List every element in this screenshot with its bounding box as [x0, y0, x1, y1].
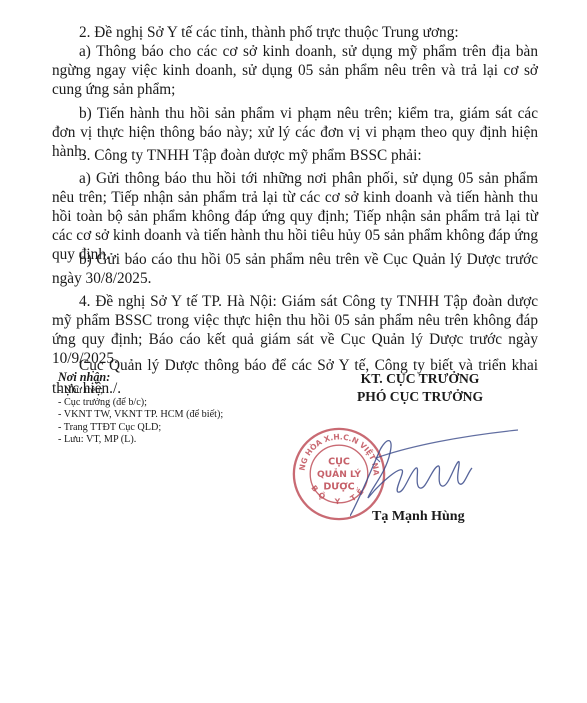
recipient-item: - Như trên; [58, 385, 223, 397]
handwritten-signature-icon [350, 428, 520, 518]
stamp-center-line1: CỤC [328, 456, 350, 467]
document-page: 2. Đề nghị Sở Y tế các tỉnh, thành phố t… [0, 0, 587, 703]
recipient-item: - Cục trưởng (để b/c); [58, 397, 223, 409]
signature-title-line1: KT. CỤC TRƯỞNG [330, 370, 510, 388]
signature-title-block: KT. CỤC TRƯỞNG PHÓ CỤC TRƯỞNG [330, 370, 510, 406]
paragraph-item-2: 2. Đề nghị Sở Y tế các tỉnh, thành phố t… [52, 23, 538, 42]
recipient-item: - Trang TTĐT Cục QLD; [58, 422, 223, 434]
recipient-item: - Lưu: VT, MP (L). [58, 434, 223, 446]
paragraph-item-3b: b) Gửi báo cáo thu hồi 05 sản phẩm nêu t… [52, 250, 538, 288]
signature-title-line2: PHÓ CỤC TRƯỞNG [330, 388, 510, 406]
recipients-title: Nơi nhận: [58, 371, 223, 384]
recipients-block: Nơi nhận: - Như trên; - Cục trưởng (để b… [58, 371, 223, 446]
signer-name: Tạ Mạnh Hùng [372, 509, 465, 525]
paragraph-item-3: 3. Công ty TNHH Tập đoàn dược mỹ phẩm BS… [52, 146, 538, 165]
recipient-item: - VKNT TW, VKNT TP. HCM (để biết); [58, 409, 223, 421]
paragraph-item-2a: a) Thông báo cho các cơ sở kinh doanh, s… [52, 42, 538, 99]
